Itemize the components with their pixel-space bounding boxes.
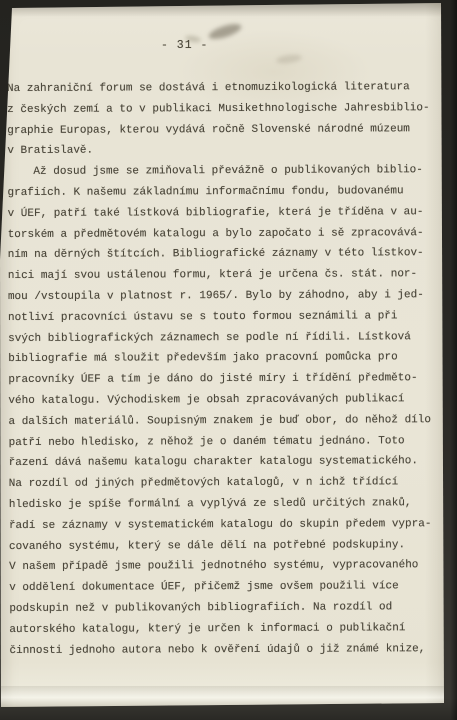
- typed-line: svých bibliografických záznamech se podl…: [8, 327, 444, 350]
- page-bottom-edge: [0, 686, 457, 707]
- typed-line: notliví pracovníci ústavu se s touto for…: [8, 306, 444, 329]
- typed-line: činnosti jednoho autora nebo k ověření ú…: [9, 639, 445, 662]
- typed-line: v Bratislavě.: [7, 139, 443, 162]
- scan-right-seam: [450, 0, 457, 720]
- typed-line: vého katalogu. Východiskem je obsah zpra…: [8, 389, 444, 412]
- document-page: - 31 - Na zahraniční forum se dostává i …: [0, 0, 457, 720]
- typewritten-text-block: Na zahraniční forum se dostává i etnomuz…: [7, 77, 446, 661]
- typed-line: ním na děrných štítcích. Bibliografické …: [8, 243, 444, 266]
- typed-line: autorského katalogu, který je určen k in…: [9, 618, 445, 641]
- page-top-shadow: [0, 3, 457, 17]
- scanned-document-screenshot: { "document": { "page_number_label": "- …: [0, 0, 457, 720]
- typed-line: a dalších materiálů. Soupisným znakem je…: [8, 410, 444, 433]
- ink-smudge: [276, 53, 303, 65]
- typed-line: bibliografie má sloužit především jako p…: [8, 347, 444, 370]
- typed-line: hledisko je spíše formální a vyplývá ze …: [9, 493, 445, 516]
- typed-line: torském a předmětovém katalogu a bylo za…: [8, 223, 444, 246]
- typed-line: covaného systému, který se dále dělí na …: [9, 535, 445, 558]
- typed-line: graphie Europas, kterou vydává ročně Slo…: [7, 119, 443, 142]
- typed-line: řadí se záznamy v systematickém katalogu…: [9, 514, 445, 537]
- typed-line: pracovníky ÚEF a tím je dáno do jisté mí…: [8, 368, 444, 391]
- typed-line: v oddělení dokumentace ÚEF, přičemž jsme…: [9, 576, 445, 599]
- typed-line: Na zahraniční forum se dostává i etnomuz…: [7, 77, 443, 100]
- typed-line: podskupin než v publikovaných bibliograf…: [9, 597, 445, 620]
- typed-line: patří nebo hledisko, z něhož je o daném …: [9, 431, 445, 454]
- typed-line: Až dosud jsme se zmiňovali převážně o pu…: [7, 160, 443, 183]
- typed-line: nici mají svou ustálenou formu, která je…: [8, 264, 444, 287]
- page-number: - 31 -: [161, 39, 208, 52]
- typed-line: V našem případě jsme použili jednotného …: [9, 555, 445, 578]
- ink-smudge: [207, 21, 243, 42]
- typed-line: v ÚEF, patří také lístková bibliografie,…: [8, 202, 444, 225]
- typed-line: Na rozdíl od jiných předmětových katalog…: [9, 472, 445, 495]
- typed-line: grafiích. K našemu základnímu informační…: [7, 181, 443, 204]
- typed-line: mou /vstoupila v platnost r. 1965/. Bylo…: [8, 285, 444, 308]
- typed-line: z českých zemí a to v publikaci Musiketh…: [7, 98, 443, 121]
- typed-line: řazení dává našemu katalogu charakter ka…: [9, 451, 445, 474]
